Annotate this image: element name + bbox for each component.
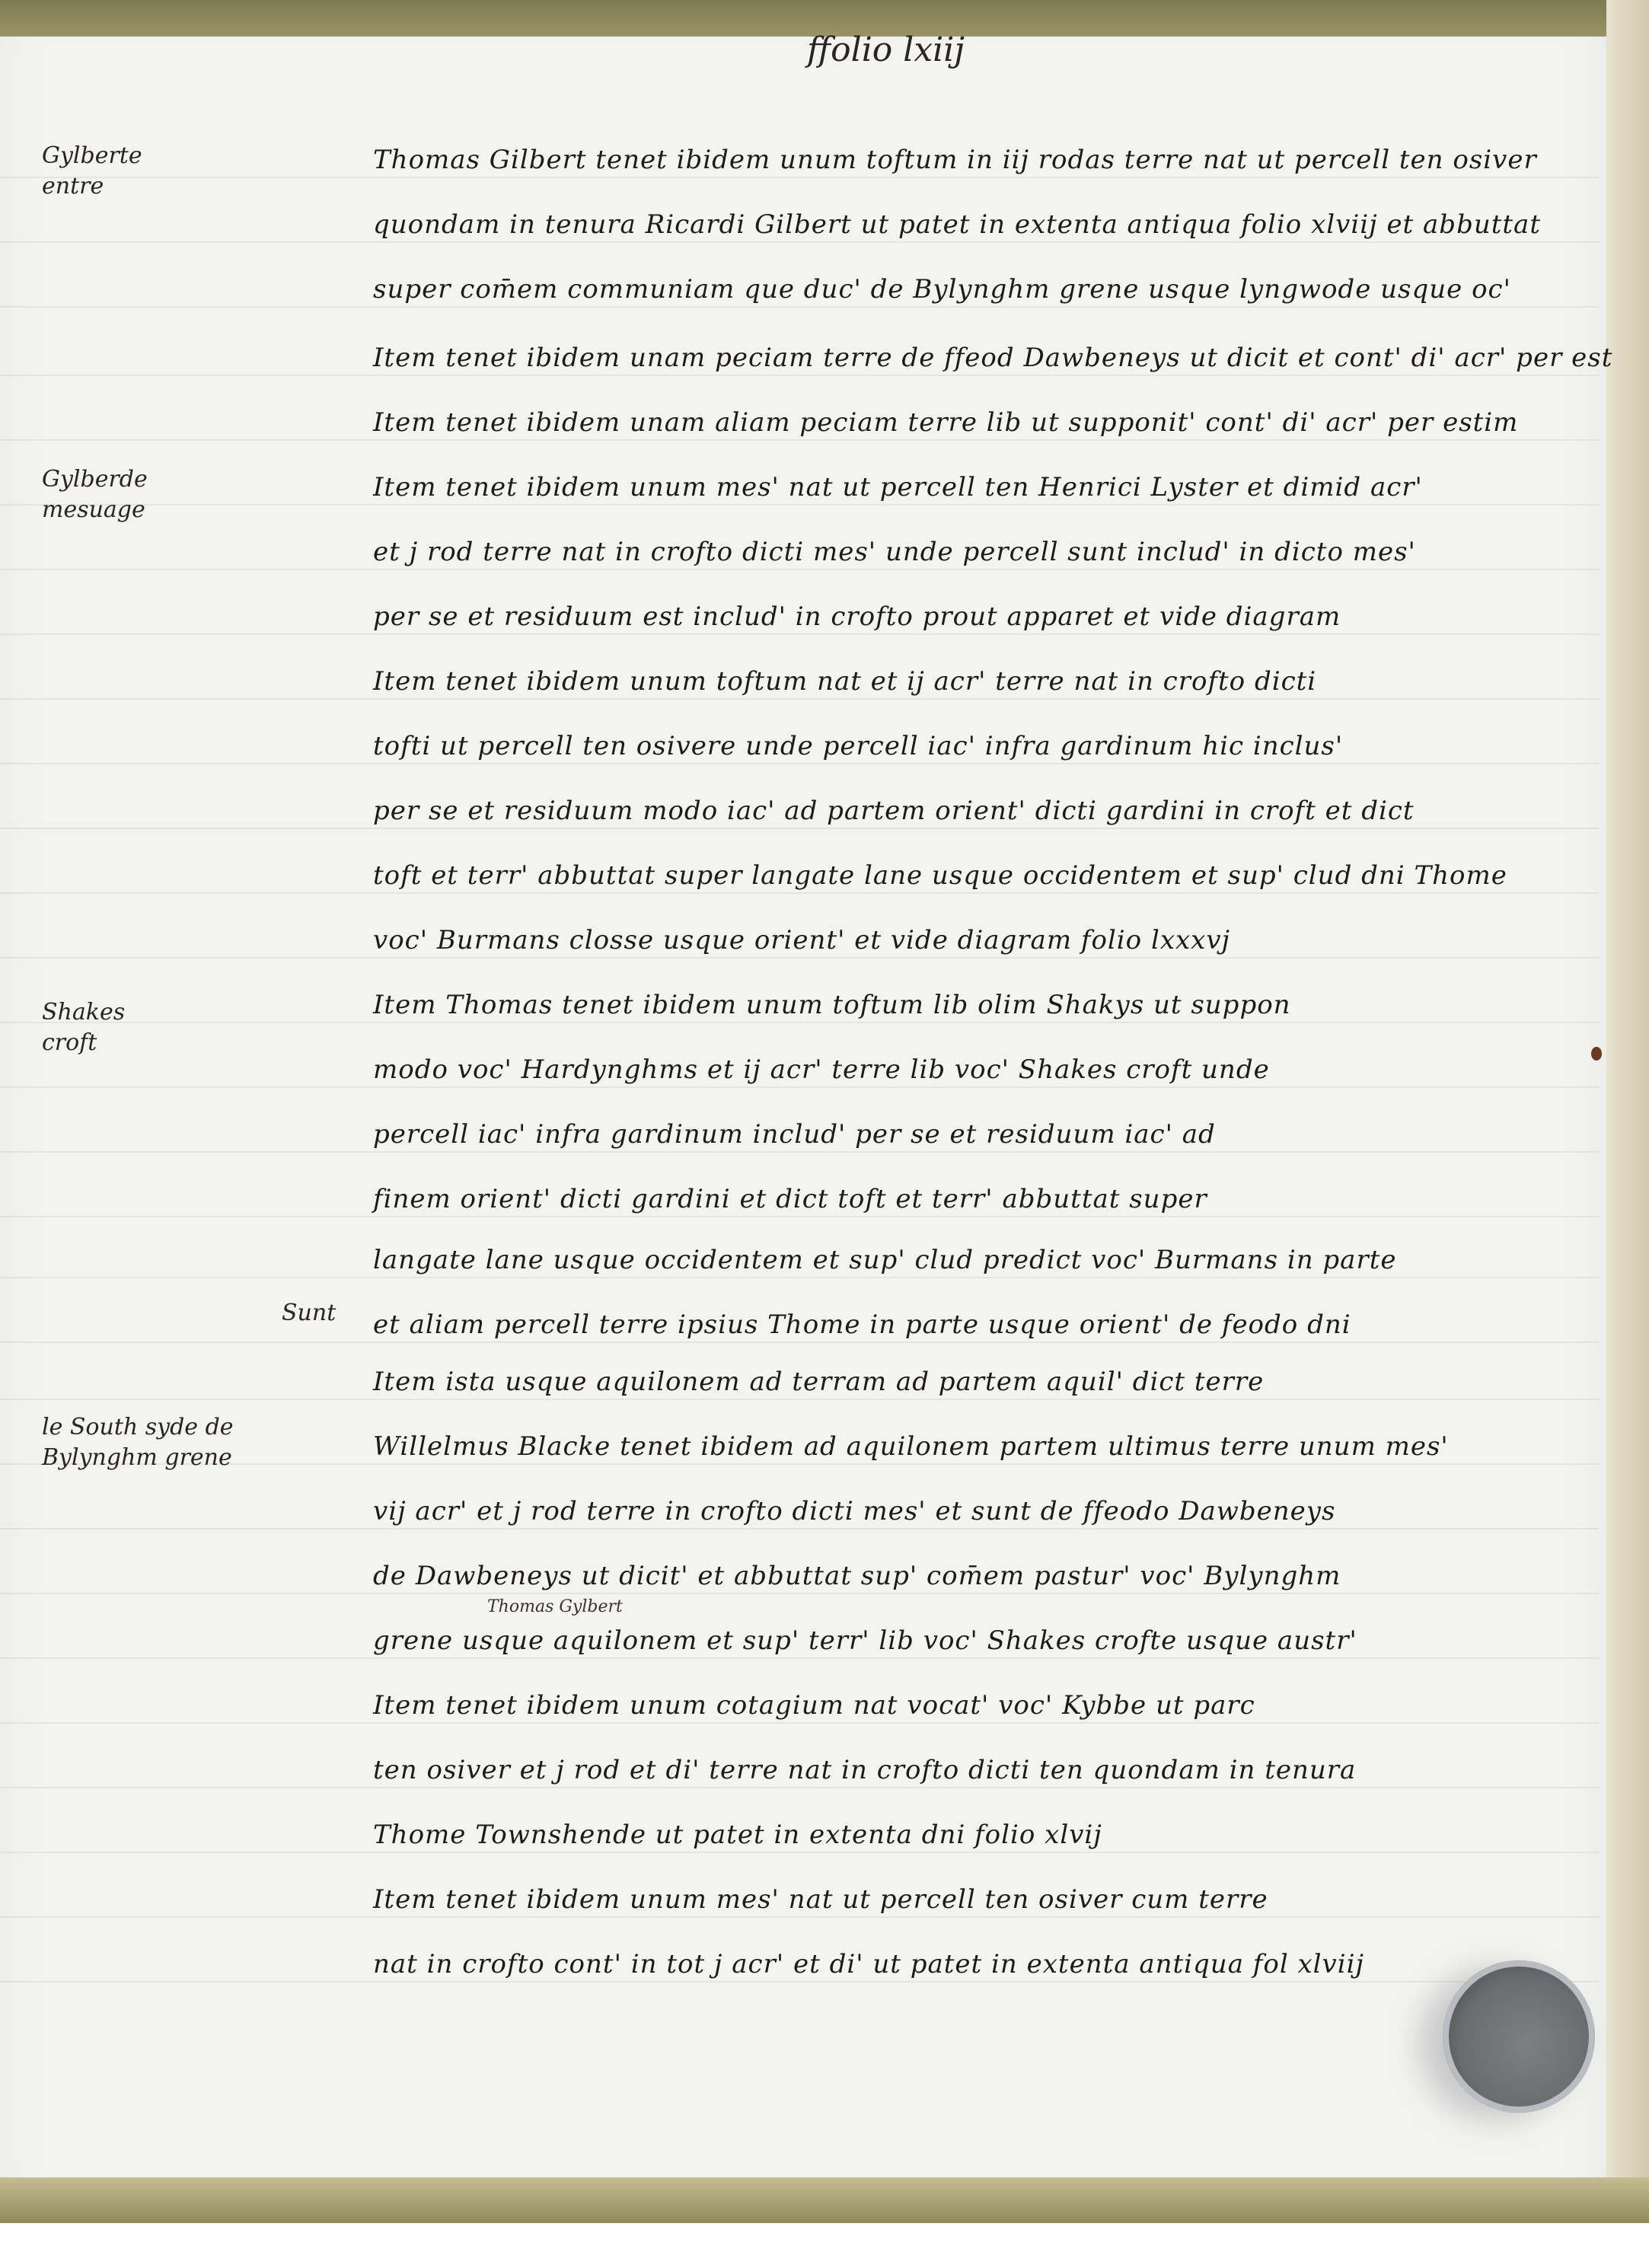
- text-line: Item Thomas tenet ibidem unum toftum lib…: [373, 990, 1291, 1020]
- text-line: Item tenet ibidem unum toftum nat et ij …: [373, 666, 1316, 697]
- text-line: super com̄em communiam que duc' de Bylyn…: [373, 274, 1511, 305]
- text-line: nat in crofto cont' in tot j acr' et di'…: [373, 1949, 1364, 1979]
- text-line: Thome Townshende ut patet in extenta dni…: [373, 1820, 1102, 1850]
- text-line: Item tenet ibidem unum cotagium nat voca…: [373, 1690, 1255, 1721]
- text-line: langate lane usque occidentem et sup' cl…: [373, 1245, 1396, 1275]
- text-line: modo voc' Hardynghms et ij acr' terre li…: [373, 1054, 1270, 1085]
- margin-note-shakes-croft: Shakes croft: [42, 997, 125, 1058]
- text-line: voc' Burmans closse usque orient' et vid…: [373, 925, 1230, 955]
- text-line: et j rod terre nat in crofto dicti mes' …: [373, 537, 1416, 567]
- text-line: Item tenet ibidem unum mes' nat ut perce…: [373, 472, 1423, 502]
- text-line: tofti ut percell ten osivere unde percel…: [373, 731, 1343, 761]
- margin-note-south-syde: le South syde de Bylynghm grene: [42, 1412, 234, 1473]
- text-line: de Dawbeneys ut dicit' et abbuttat sup' …: [373, 1561, 1341, 1591]
- text-line: per se et residuum modo iac' ad partem o…: [373, 796, 1415, 826]
- text-line: toft et terr' abbuttat super langate lan…: [373, 860, 1507, 891]
- margin-note-sunt-ista: Sunt: [282, 1298, 336, 1329]
- text-line: per se et residuum est includ' in crofto…: [373, 601, 1341, 632]
- margin-note-gylberde-mesuage: Gylberde mesuage: [42, 464, 148, 525]
- text-line: Item ista usque aquilonem ad terram ad p…: [373, 1367, 1264, 1397]
- text-line: finem orient' dicti gardini et dict toft…: [373, 1184, 1207, 1214]
- page-weight-magnet: [1443, 1960, 1595, 2113]
- text-line: Item tenet ibidem unum mes' nat ut perce…: [373, 1884, 1268, 1915]
- folio-number: ffolio lxiij: [807, 30, 965, 69]
- text-line: Item tenet ibidem unam aliam peciam terr…: [373, 407, 1518, 438]
- text-line: ten osiver et j rod et di' terre nat in …: [373, 1755, 1356, 1785]
- margin-note-gylberte-entre: Gylberte entre: [42, 141, 142, 202]
- page-right-edge: [1606, 0, 1649, 2268]
- text-line: grene usque aquilonem et sup' terr' lib …: [373, 1625, 1357, 1656]
- ink-spot: [1591, 1047, 1602, 1061]
- text-line: quondam in tenura Ricardi Gilbert ut pat…: [373, 209, 1541, 240]
- background-bottom: [0, 2223, 1649, 2268]
- text-line: et aliam percell terre ipsius Thome in p…: [373, 1309, 1351, 1340]
- text-line: Willelmus Blacke tenet ibidem ad aquilon…: [373, 1431, 1449, 1462]
- text-line: percell iac' infra gardinum includ' per …: [373, 1119, 1216, 1150]
- text-line: Item tenet ibidem unam peciam terre de f…: [373, 343, 1612, 373]
- interlinear-insertion: Thomas Gylbert: [487, 1597, 623, 1616]
- binding-bottom-edge: [0, 2177, 1649, 2223]
- text-line: Thomas Gilbert tenet ibidem unum toftum …: [373, 145, 1537, 175]
- text-line: vij acr' et j rod terre in crofto dicti …: [373, 1496, 1335, 1526]
